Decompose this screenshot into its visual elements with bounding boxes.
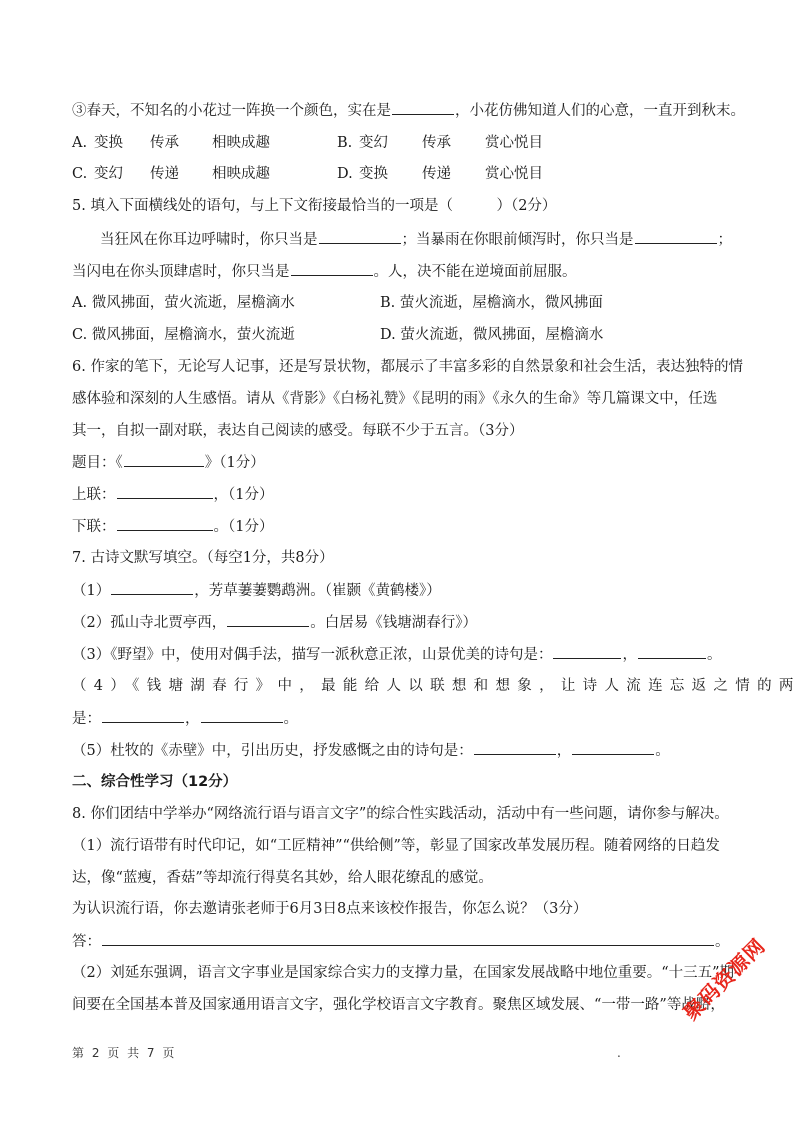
q4-option-b-w2: 传承 xyxy=(422,133,451,153)
q7-p4-mid: ， xyxy=(185,711,200,727)
q5-blank-1[interactable] xyxy=(319,229,401,244)
q7-p1-tail: ，芳草萋萋鹦鹉洲。（崔颢《黄鹤楼》） xyxy=(194,583,441,599)
q7-part-3: （3）《野望》中，使用对偶手法，描写一派秋意正浓，山景优美的诗句是：，。 xyxy=(72,644,732,665)
q6-title-close: 》（1分） xyxy=(205,455,265,471)
q7-part-2: （2）孤山寺北贾亭西，。白居易《钱塘湖春行》） xyxy=(72,612,732,633)
q8-stem: 8. 你们团结中学举办“网络流行语与语言文字”的综合性实践活动，活动中有一些问题… xyxy=(72,804,732,824)
q6-upper-label: 上联： xyxy=(72,487,116,503)
q8-p1-line-1: （1）流行语带有时代印记，如“工匠精神”“供给侧”等，彰显了国家改革发展历程。随… xyxy=(72,836,732,856)
q5-option-d: D. 萤火流逝，微风拂面，屋檐滴水 xyxy=(380,325,603,345)
q7-p2-head: （2）孤山寺北贾亭西， xyxy=(72,615,226,631)
q7-p2-tail: 。白居易《钱塘湖春行》） xyxy=(310,615,477,631)
q6-lower-row: 下联：。（1分） xyxy=(72,516,732,537)
section-2-heading: 二、综合性学习（12分） xyxy=(72,772,732,792)
q4-item3-blank[interactable] xyxy=(392,100,454,115)
q8-p1-question: 为认识流行语，你去邀请张老师于6月3日8点来该校作报告，你怎么说？（3分） xyxy=(72,899,732,919)
q5-blank-3[interactable] xyxy=(291,261,373,276)
q7-p5-blank-2[interactable] xyxy=(572,740,654,755)
q7-part-4-line-1: （4）《钱塘湖春行》中，最能给人以联想和想象，让诗人流连忘返之情的两句诗 xyxy=(72,676,732,696)
q7-p5-mid: ， xyxy=(557,743,572,759)
q6-title-label: 题目：《 xyxy=(72,455,123,471)
q4-option-a-w1: 变换 xyxy=(94,133,123,153)
q7-p4-end: 。 xyxy=(284,711,299,727)
q5-option-c: C. 微风拂面，屋檐滴水，萤火流逝 xyxy=(72,325,295,345)
q8-answer-label: 答： xyxy=(72,934,101,950)
q4-option-b-w1: 变幻 xyxy=(359,133,388,153)
q5-stem: 5. 填入下面横线处的语句，与上下文衔接最恰当的一项是（ ）（2分） xyxy=(72,196,732,216)
q7-p3-end: 。 xyxy=(707,647,722,663)
q8-p2-line-2: 间要在全国基本普及国家通用语言文字，强化学校语言文字教育。聚焦区域发展、“一带一… xyxy=(72,995,732,1015)
q5-passage-line-1: 当狂风在你耳边呼啸时，你只当是；当暴雨在你眼前倾泻时，你只当是； xyxy=(100,229,760,250)
q4-option-b-w3: 赏心悦目 xyxy=(485,133,543,153)
q7-p3-mid: ， xyxy=(622,647,637,663)
q4-option-d-w2: 传递 xyxy=(422,164,451,184)
q6-upper-row: 上联：，（1分） xyxy=(72,484,732,505)
q7-p1-blank[interactable] xyxy=(111,580,193,595)
q7-p2-blank[interactable] xyxy=(227,612,309,627)
q4-item3-sentence: ③春天，不知名的小花过一阵换一个颜色，实在是，小花仿佛知道人们的心意，一直开到秋… xyxy=(72,100,732,121)
page-number: 第 2 页 共 7 页 xyxy=(72,1044,176,1061)
q5-option-b: B. 萤火流逝，屋檐滴水，微风拂面 xyxy=(380,293,603,313)
q6-stem-line-2: 感体验和深刻的人生感悟。请从《背影》《白杨礼赞》《昆明的雨》《永久的生命》等几篇… xyxy=(72,389,732,409)
q5-option-a: A. 微风拂面，萤火流逝，屋檐滴水 xyxy=(72,293,295,313)
q5-passage-2a: 当闪电在你头顶肆虐时，你只当是 xyxy=(72,264,290,280)
q7-p3-blank-2[interactable] xyxy=(638,644,706,659)
q4-option-d-label: D. xyxy=(337,164,353,184)
q7-p4-blank-1[interactable] xyxy=(102,708,184,723)
q6-lower-tail: 。（1分） xyxy=(214,519,274,535)
q8-answer-blank[interactable] xyxy=(102,931,714,946)
q6-title-row: 题目：《》（1分） xyxy=(72,452,732,473)
footer-dot: . xyxy=(617,1046,621,1060)
q7-p4-blank-2[interactable] xyxy=(201,708,283,723)
q4-option-a-label: A. xyxy=(72,133,87,153)
q4-item3-text-before: ③春天，不知名的小花过一阵换一个颜色，实在是 xyxy=(72,103,391,119)
q4-option-d-w1: 变换 xyxy=(359,164,388,184)
q4-option-a-w2: 传承 xyxy=(150,133,179,153)
q5-passage-line-2: 当闪电在你头顶肆虐时，你只当是。人，决不能在逆境面前屈服。 xyxy=(72,261,732,282)
q7-p3-blank-1[interactable] xyxy=(553,644,621,659)
q6-lower-blank[interactable] xyxy=(117,516,213,531)
q7-part-5: （5）杜牧的《赤壁》中，引出历史，抒发感慨之由的诗句是：，。 xyxy=(72,740,732,761)
q4-option-c-w1: 变幻 xyxy=(94,164,123,184)
q7-p5-blank-1[interactable] xyxy=(474,740,556,755)
q7-p3-head: （3）《野望》中，使用对偶手法，描写一派秋意正浓，山景优美的诗句是： xyxy=(72,647,552,663)
q7-p4-head: 是： xyxy=(72,711,101,727)
q8-p1-line-2: 达，像“蓝瘦，香菇”等却流行得莫名其妙，给人眼花缭乱的感觉。 xyxy=(72,868,732,888)
q7-stem: 7. 古诗文默写填空。（每空1分，共8分） xyxy=(72,548,732,568)
q4-option-c-label: C. xyxy=(72,164,87,184)
q6-title-blank[interactable] xyxy=(124,452,204,467)
q7-p5-end: 。 xyxy=(655,743,670,759)
q4-item3-text-after: ，小花仿佛知道人们的心意，一直开到秋末。 xyxy=(455,103,745,119)
q6-upper-tail: ，（1分） xyxy=(214,487,274,503)
q4-option-b-label: B. xyxy=(337,133,352,153)
q6-lower-label: 下联： xyxy=(72,519,116,535)
q5-blank-2[interactable] xyxy=(635,229,717,244)
q5-passage-1b: ；当暴雨在你眼前倾泻时，你只当是 xyxy=(402,232,634,248)
q7-part-4-line-2: 是：，。 xyxy=(72,708,732,729)
q7-part-1: （1），芳草萋萋鹦鹉洲。（崔颢《黄鹤楼》） xyxy=(72,580,732,601)
q4-option-a-w3: 相映成趣 xyxy=(212,133,270,153)
q4-option-c-w2: 传递 xyxy=(150,164,179,184)
q5-passage-2b: 。人，决不能在逆境面前屈服。 xyxy=(374,264,577,280)
q6-upper-blank[interactable] xyxy=(117,484,213,499)
q5-passage-1a: 当狂风在你耳边呼啸时，你只当是 xyxy=(100,232,318,248)
q7-p5-head: （5）杜牧的《赤壁》中，引出历史，抒发感慨之由的诗句是： xyxy=(72,743,473,759)
q4-option-d-w3: 赏心悦目 xyxy=(485,164,543,184)
q7-p1-label: （1） xyxy=(72,583,110,599)
q5-passage-1c: ； xyxy=(718,232,733,248)
q8-p2-line-1: （2）刘延东强调，语言文字事业是国家综合实力的支撑力量，在国家发展战略中地位重要… xyxy=(72,963,732,983)
q6-stem-line-3: 其一，自拟一副对联，表达自己阅读的感受。每联不少于五言。（3分） xyxy=(72,421,732,441)
q6-stem-line-1: 6. 作家的笔下，无论写人记事，还是写景状物，都展示了丰富多彩的自然景象和社会生… xyxy=(72,357,732,377)
q8-answer-row: 答：。 xyxy=(72,931,732,952)
q8-answer-end: 。 xyxy=(715,934,730,950)
q4-option-c-w3: 相映成趣 xyxy=(212,164,270,184)
exam-page: ③春天，不知名的小花过一阵换一个颜色，实在是，小花仿佛知道人们的心意，一直开到秋… xyxy=(0,0,793,1122)
